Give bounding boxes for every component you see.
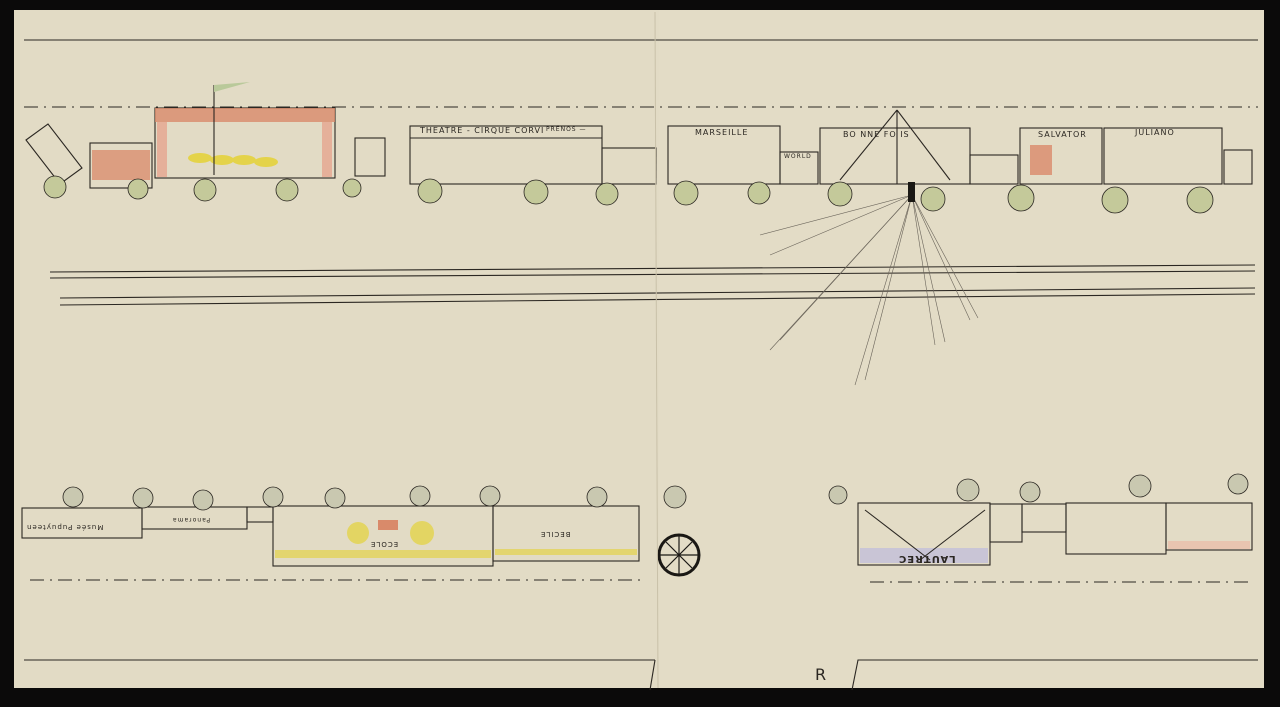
panorama-label: Panorama — [172, 516, 210, 523]
bottom-row-booths — [22, 503, 1252, 566]
lautrec-label: LAUTREC — [898, 553, 956, 564]
juliano-label: JULIANO — [1135, 128, 1175, 137]
wheel-drawing — [659, 535, 699, 575]
salvator-label: SALVATOR — [1038, 130, 1087, 139]
theatre-sub-label: PRÉNOS — — [546, 126, 587, 133]
becile-label: BECILE — [540, 530, 571, 538]
ecole-label: ECOLE — [370, 540, 398, 548]
ships-label: BO NNE FO IS — [843, 130, 910, 139]
theatre-label: THEATRE - CIRQUE CORVI — [420, 126, 544, 135]
top-row-shrubs — [44, 176, 1213, 213]
small-booth-label: WORLD — [784, 153, 812, 160]
musee-label: Musée Pupuyteen — [26, 523, 103, 531]
bottom-row-shrubs — [63, 474, 1248, 510]
margin-mark: R — [815, 665, 827, 684]
drawing-canvas — [0, 0, 1280, 707]
marseille-label: MARSEILLE — [695, 128, 748, 137]
